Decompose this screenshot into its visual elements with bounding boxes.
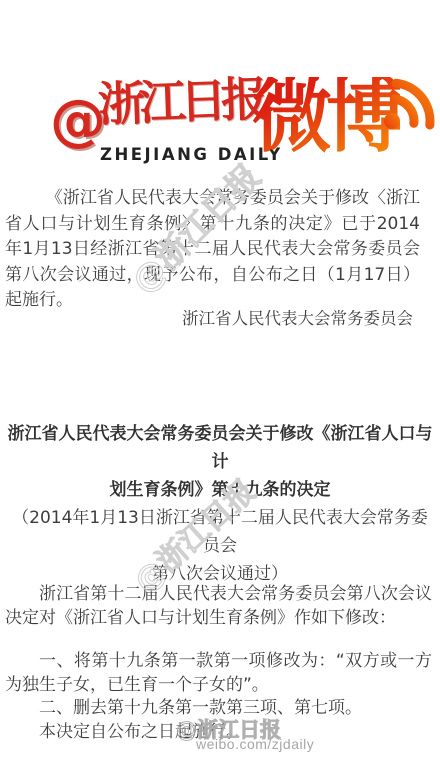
wifi-signal-icon [379, 55, 437, 137]
decision-title-block: 浙江省人民代表大会常务委员会关于修改《浙江省人口与计 划生育条例》第十九条的决定… [4, 420, 436, 588]
brand-name-chinese: 浙江日报 [97, 76, 263, 129]
issuing-authority-signature: 浙江省人民代表大会常务委员会 [5, 305, 413, 329]
decision-title-line2: 划生育条例》第十九条的决定 [4, 476, 436, 504]
decision-meeting-line1: （2014年1月13日浙江省第十二届人民代表大会常务委员会 [4, 504, 436, 560]
decision-intro-paragraph: 浙江省第十二届人民代表大会常务委员会第八次会议决定对《浙江省人口与计划生育条例》… [5, 583, 432, 630]
decision-title-line1: 浙江省人民代表大会常务委员会关于修改《浙江省人口与计 [4, 420, 436, 476]
decision-body: 浙江省第十二届人民代表大会常务委员会第八次会议决定对《浙江省人口与计划生育条例》… [5, 583, 432, 744]
decision-item-2: 二、删去第十九条第一款第三项、第七项。 [5, 697, 432, 721]
publication-notice-paragraph: 《浙江省人民代表大会常务委员会关于修改〈浙江省人口与计划生育条例〉第十九条的决定… [5, 186, 420, 314]
decision-item-1: 一、将第十九条第一款第一项修改为：“双方或一方为独生子女，已生育一个子女的”。 [5, 650, 432, 697]
zhejiang-daily-weibo-logo: @ 浙江日报 ZHEJIANG DAILY 微博 [0, 55, 440, 175]
weibo-long-image-document: @ 浙江日报 ZHEJIANG DAILY 微博 《浙江省人民代表大会常务委 [0, 0, 440, 760]
weibo-wordmark: 微博 [252, 77, 400, 157]
decision-closing-line: 本决定自公布之日起施行。 [5, 721, 432, 745]
